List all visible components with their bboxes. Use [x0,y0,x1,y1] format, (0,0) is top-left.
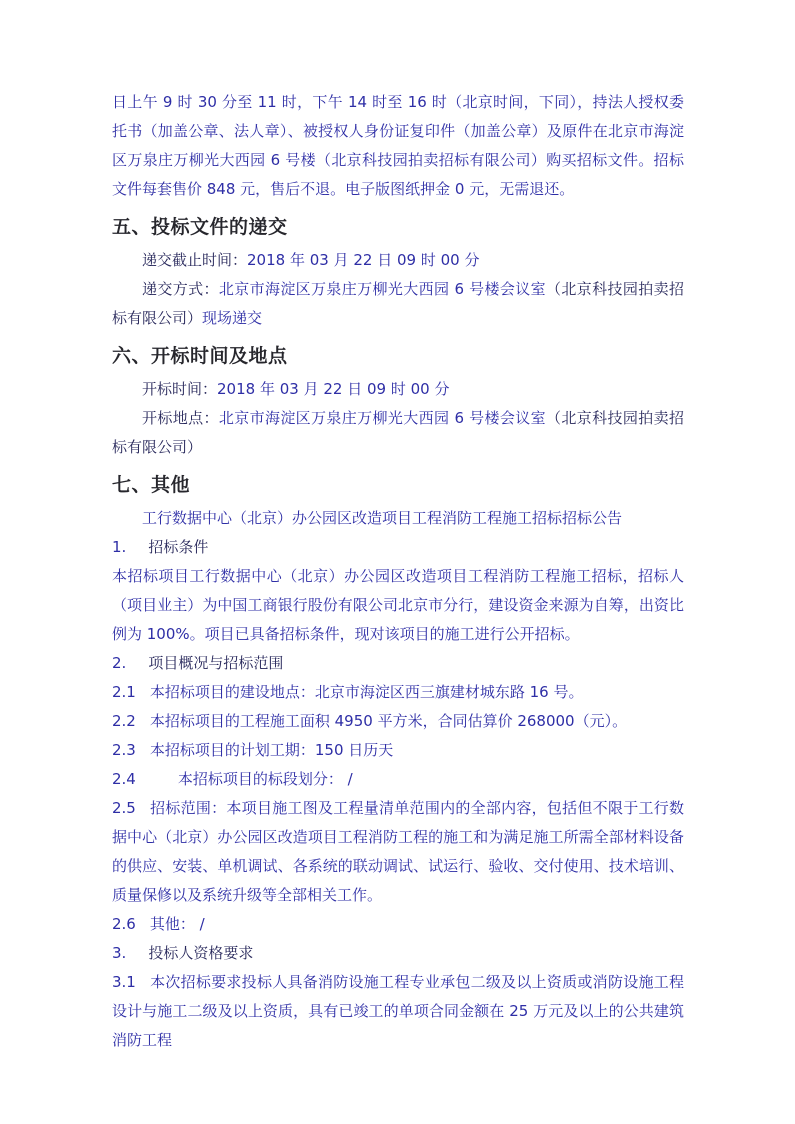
text-segment: 2018 年 03 月 22 日 09 时 00 分 [217,380,449,398]
item-number: 3. [112,944,126,962]
text-segment: 本招标项目的建设地点：北京市海淀区西三旗建材城东路 16 号。 [150,683,584,701]
text-segment: 本招标项目的计划工期：150 日历天 [150,741,393,759]
paragraph-tender-conditions: 本招标项目工行数据中心（北京）办公园区改造项目工程消防工程施工招标，招标人（项目… [112,562,684,649]
item-2-2-area-and-price: 2.2本招标项目的工程施工面积 4950 平方米，合同估算价 268000（元）… [112,707,684,736]
item-number: 2.2 [112,712,136,730]
section-heading-5-bid-submission: 五、投标文件的递交 [112,212,684,242]
text-segment: 北京市海淀区万泉庄万柳光大西园 6 号楼会议室 [219,280,546,298]
section-heading-7-other: 七、其他 [112,470,684,500]
opening-place-line: 开标地点：北京市海淀区万泉庄万柳光大西园 6 号楼会议室（北京科技园拍卖招标有限… [112,404,684,462]
text-segment: 工行数据中心（北京）办公园区改造项目工程消防工程施工招标招标公告 [142,509,622,527]
text-segment: 项目概况与招标范围 [148,654,283,672]
text-segment: 日上午 9 时 30 分至 11 时，下午 14 时至 16 时（北京时间，下同… [112,93,684,198]
text-segment: 现场递交 [202,309,262,327]
item-2-3-planned-duration: 2.3本招标项目的计划工期：150 日历天 [112,736,684,765]
text-segment: 本招标项目的标段划分： / [178,770,353,788]
text-segment: 招标范围：本项目施工图及工程量清单范围内的全部内容，包括但不限于工行数据中心（北… [112,799,684,904]
item-2-4-lot-division: 2.4本招标项目的标段划分： / [112,765,684,794]
text-segment: 七、其他 [112,474,190,496]
document-content: 日上午 9 时 30 分至 11 时，下午 14 时至 16 时（北京时间，下同… [112,88,684,1055]
submission-method-line: 递交方式：北京市海淀区万泉庄万柳光大西园 6 号楼会议室（北京科技园拍卖招标有限… [112,275,684,333]
text-segment: 递交截止时间： [142,251,247,269]
item-number: 2.3 [112,741,136,759]
text-segment: 招标条件 [148,538,208,556]
document-page: 日上午 9 时 30 分至 11 时，下午 14 时至 16 时（北京时间，下同… [0,0,795,1124]
item-number: 2.1 [112,683,136,701]
text-segment: 递交方式： [142,280,219,298]
item-number: 2. [112,654,126,672]
item-number: 2.4 [112,770,136,788]
item-2-heading-project-overview: 2.项目概况与招标范围 [112,649,684,678]
text-segment: 其他： / [150,915,205,933]
text-segment: 本招标项目工行数据中心（北京）办公园区改造项目工程消防工程施工招标，招标人（项目… [112,567,684,643]
item-3-1-qualification-requirements: 3.1本次招标要求投标人具备消防设施工程专业承包二级及以上资质或消防设施工程设计… [112,968,684,1055]
text-segment: 投标人资格要求 [148,944,253,962]
submission-deadline-line: 递交截止时间：2018 年 03 月 22 日 09 时 00 分 [112,246,684,275]
opening-time-line: 开标时间：2018 年 03 月 22 日 09 时 00 分 [112,375,684,404]
text-segment: 2018 年 03 月 22 日 09 时 00 分 [247,251,479,269]
item-number: 2.5 [112,799,136,817]
text-segment: 本招标项目的工程施工面积 4950 平方米，合同估算价 268000（元）。 [150,712,627,730]
text-segment: 开标地点： [142,409,219,427]
item-1-heading-tender-conditions: 1.招标条件 [112,533,684,562]
text-segment: 开标时间： [142,380,217,398]
item-2-6-other: 2.6其他： / [112,910,684,939]
announcement-title-line: 工行数据中心（北京）办公园区改造项目工程消防工程施工招标招标公告 [112,504,684,533]
item-2-1-construction-site: 2.1本招标项目的建设地点：北京市海淀区西三旗建材城东路 16 号。 [112,678,684,707]
item-2-5-tender-scope: 2.5招标范围：本项目施工图及工程量清单范围内的全部内容，包括但不限于工行数据中… [112,794,684,910]
text-segment: 本次招标要求投标人具备消防设施工程专业承包二级及以上资质或消防设施工程设计与施工… [112,973,684,1049]
item-number: 1. [112,538,126,556]
item-3-heading-bidder-qualification: 3.投标人资格要求 [112,939,684,968]
continued-paragraph-sale-of-documents: 日上午 9 时 30 分至 11 时，下午 14 时至 16 时（北京时间，下同… [112,88,684,204]
text-segment: 六、开标时间及地点 [112,345,288,367]
item-number: 2.6 [112,915,136,933]
section-heading-6-bid-opening: 六、开标时间及地点 [112,341,684,371]
text-segment: 北京市海淀区万泉庄万柳光大西园 6 号楼会议室 [219,409,546,427]
text-segment: 五、投标文件的递交 [112,216,288,238]
item-number: 3.1 [112,973,136,991]
